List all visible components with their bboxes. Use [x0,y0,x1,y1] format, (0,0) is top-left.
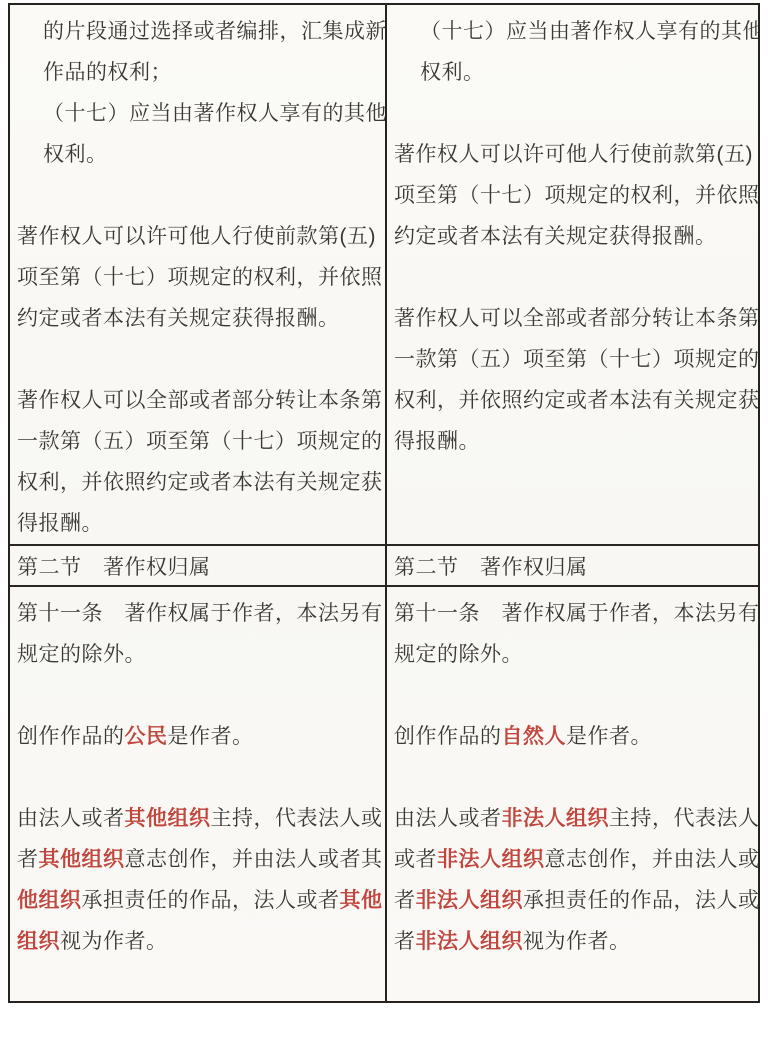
new-law-article-10-cell: （十七）应当由著作权人享有的其他权利。著作权人可以许可他人行使前款第(五)项至第… [387,5,758,546]
highlighted-term: 公民 [125,725,168,748]
text-line: 他组织承担责任的作品，法人或者其他 [17,880,381,921]
highlighted-term: 他组织 [17,889,82,912]
text-line: 项至第（十七）项规定的权利，并依照 [17,257,381,298]
text-line: 一款第（五）项至第（十七）项规定的 [17,421,381,462]
highlighted-term: 其他组织 [125,807,211,830]
text-line: 第十一条 著作权属于作者，本法另有 [394,593,754,634]
old-law-article-10-cell: 的片段通过选择或者编排，汇集成新作品的权利；（十七）应当由著作权人享有的其他权利… [10,5,387,546]
text-line: 者非法人组织视为作者。 [394,921,754,962]
text-line: 权利。 [17,134,381,175]
text-line: 规定的除外。 [394,634,754,675]
text-line: 第十一条 著作权属于作者，本法另有 [17,593,381,634]
text-line: 得报酬。 [394,421,754,462]
text-line: 者其他组织意志创作，并由法人或者其 [17,839,381,880]
text-line: （十七）应当由著作权人享有的其他 [394,11,754,52]
blank-line [17,675,381,716]
highlighted-term: 非法人组织 [437,848,545,871]
text-line: 组织视为作者。 [17,921,381,962]
highlighted-term: 非法人组织 [416,930,524,953]
highlighted-term: 非法人组织 [502,807,610,830]
highlighted-term: 自然人 [502,725,567,748]
text-line: 创作作品的公民是作者。 [17,716,381,757]
text-line: 项至第（十七）项规定的权利，并依照 [394,175,754,216]
blank-line [394,93,754,134]
text-line: 约定或者本法有关规定获得报酬。 [17,298,381,339]
text-line: 权利。 [394,52,754,93]
highlighted-term: 其他 [340,889,383,912]
blank-line [17,757,381,798]
blank-line [394,675,754,716]
text-line: 规定的除外。 [17,634,381,675]
blank-line [17,339,381,380]
text-line: 由法人或者其他组织主持，代表法人或 [17,798,381,839]
text-line: 权利，并依照约定或者本法有关规定获 [17,462,381,503]
highlighted-term: 非法人组织 [416,889,524,912]
old-law-article-11-cell: 第十一条 著作权属于作者，本法另有规定的除外。创作作品的公民是作者。由法人或者其… [10,587,387,1001]
text-line: （十七）应当由著作权人享有的其他 [17,93,381,134]
text-line: 著作权人可以许可他人行使前款第(五) [394,134,754,175]
text-line: 作品的权利； [17,52,381,93]
text-line: 著作权人可以许可他人行使前款第(五) [17,216,381,257]
text-line: 的片段通过选择或者编排，汇集成新 [17,11,381,52]
text-line: 得报酬。 [17,503,381,544]
text-line: 或者非法人组织意志创作，并由法人或 [394,839,754,880]
new-law-article-11-cell: 第十一条 著作权属于作者，本法另有规定的除外。创作作品的自然人是作者。由法人或者… [387,587,758,1001]
text-line: 著作权人可以全部或者部分转让本条第 [17,380,381,421]
old-law-section-heading: 第二节 著作权归属 [10,546,387,587]
highlighted-term: 组织 [17,930,60,953]
text-line: 创作作品的自然人是作者。 [394,716,754,757]
text-line: 由法人或者非法人组织主持，代表法人 [394,798,754,839]
text-line: 一款第（五）项至第（十七）项规定的 [394,339,754,380]
text-line: 约定或者本法有关规定获得报酬。 [394,216,754,257]
text-line: 权利，并依照约定或者本法有关规定获 [394,380,754,421]
highlighted-term: 其他组织 [39,848,125,871]
new-law-section-heading: 第二节 著作权归属 [387,546,758,587]
text-line: 著作权人可以全部或者部分转让本条第 [394,298,754,339]
blank-line [394,757,754,798]
blank-line [394,257,754,298]
law-comparison-table: 的片段通过选择或者编排，汇集成新作品的权利；（十七）应当由著作权人享有的其他权利… [8,3,760,1003]
text-line: 者非法人组织承担责任的作品，法人或 [394,880,754,921]
blank-line [17,175,381,216]
